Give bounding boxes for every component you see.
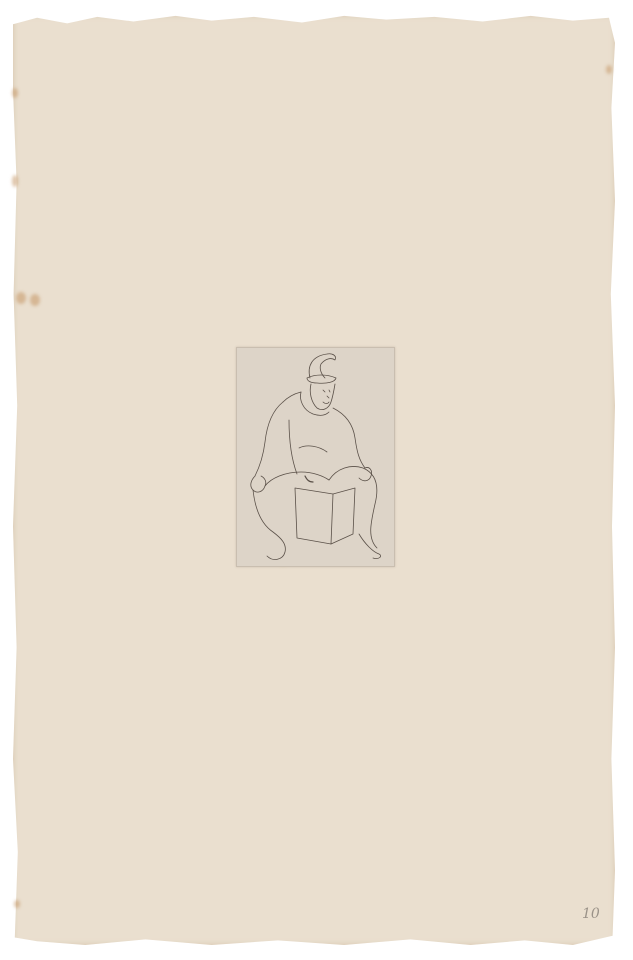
foxing-stain — [14, 900, 20, 908]
foxing-stain — [30, 294, 40, 306]
seated-figure-drawing — [237, 348, 394, 566]
foxing-stain — [12, 88, 18, 98]
foxing-stain — [16, 292, 26, 304]
sheet-number: 10 — [582, 906, 600, 922]
foxing-stain — [12, 175, 18, 187]
foxing-stain — [606, 65, 612, 74]
etching-plate — [236, 347, 395, 567]
